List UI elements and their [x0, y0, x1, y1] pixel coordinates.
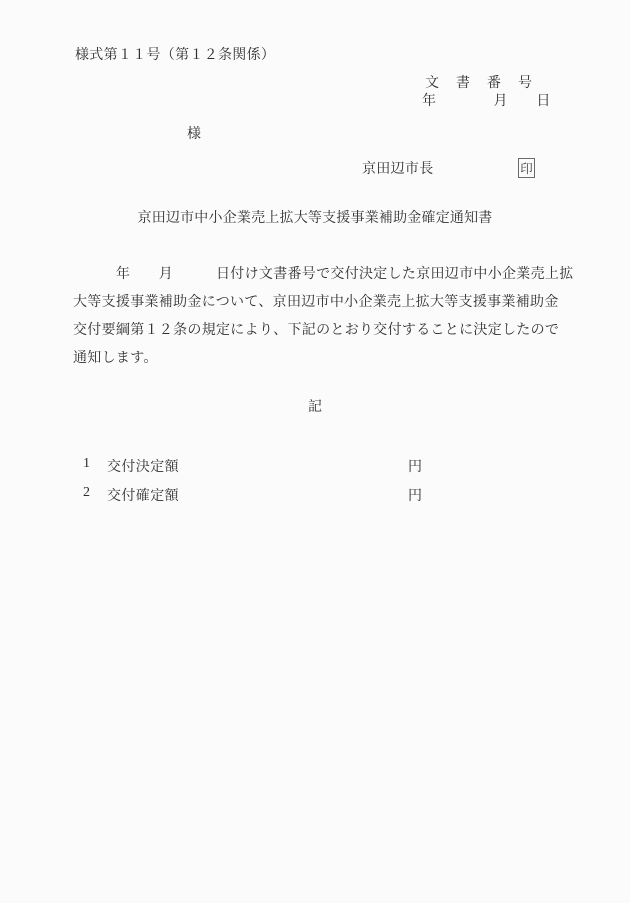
document-number-label: 文 書 番 号	[425, 77, 534, 91]
recipient-honorific: 様	[187, 128, 201, 142]
item-unit: 円	[408, 485, 422, 505]
body-line: 大等支援事業補助金について、京田辺市中小企業売上拡大等支援事業補助金	[73, 289, 573, 317]
record-marker: 記	[0, 401, 630, 415]
form-number-label: 様式第１１号（第１２条関係）	[75, 49, 275, 63]
document-title: 京田辺市中小企業売上拡大等支援事業補助金確定通知書	[0, 212, 630, 226]
item-label: 交付決定額	[107, 456, 179, 476]
body-line: 年 月 日付け文書番号で交付決定した京田辺市中小企業売上拡	[73, 261, 573, 289]
item-row: 1 交付決定額 円	[0, 456, 630, 472]
item-row: 2 交付確定額 円	[0, 485, 630, 501]
body-line: 交付要綱第１２条の規定により、下記のとおり交付することに決定したので	[73, 317, 573, 345]
item-label: 交付確定額	[107, 485, 179, 505]
sender-title: 京田辺市長	[362, 163, 434, 177]
date-line: 年 月 日	[422, 95, 551, 109]
seal-label: 印	[520, 159, 533, 177]
body-line: 通知します。	[73, 345, 573, 373]
body-paragraph: 年 月 日付け文書番号で交付決定した京田辺市中小企業売上拡 大等支援事業補助金に…	[73, 261, 573, 373]
item-unit: 円	[408, 456, 422, 476]
item-number: 1	[83, 456, 90, 472]
seal-box: 印	[518, 158, 535, 178]
document-page: 様式第１１号（第１２条関係） 文 書 番 号 年 月 日 様 京田辺市長 印 京…	[0, 0, 630, 903]
item-number: 2	[83, 485, 90, 501]
